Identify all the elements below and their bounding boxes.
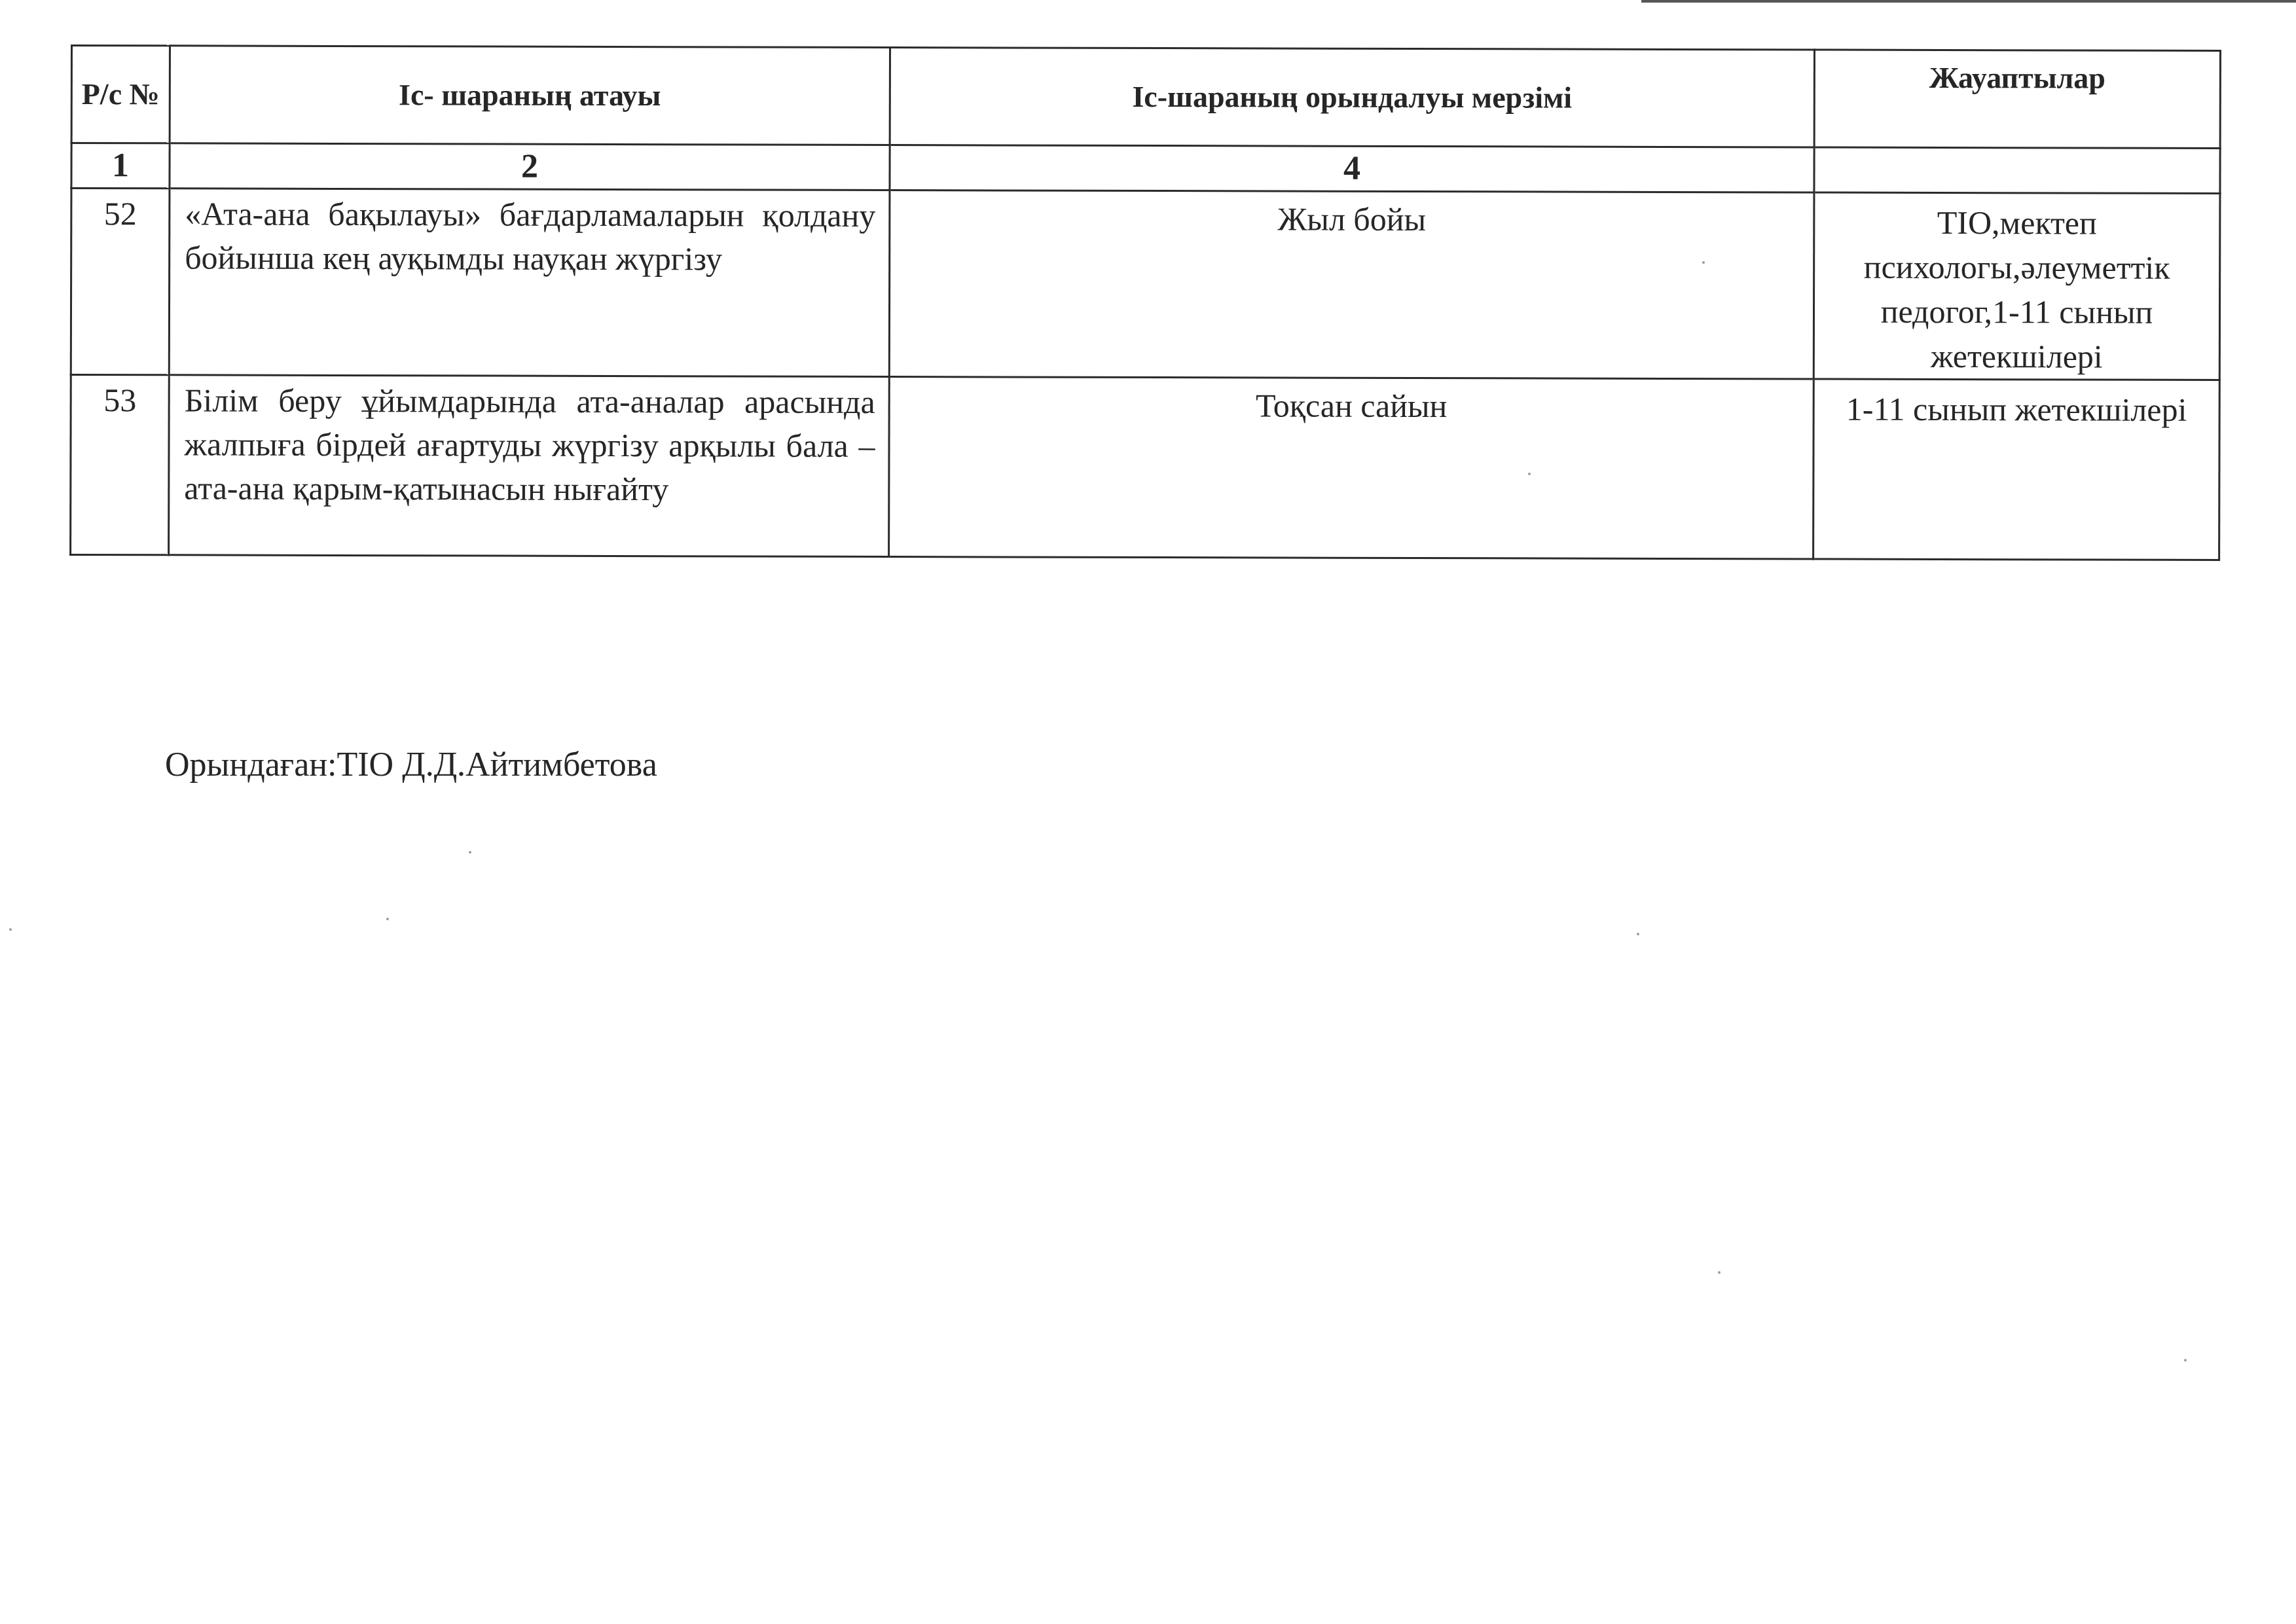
scan-speck [469,851,471,854]
scan-speck [2184,1359,2187,1362]
column-number-2: 2 [170,143,890,190]
scan-speck [1528,473,1531,475]
header-activity-name: Іс- шараның атауы [170,46,890,145]
column-number-1: 1 [71,143,170,189]
row-number: 53 [71,375,170,555]
column-number-4 [1814,147,2220,194]
scan-speck [1637,933,1639,935]
table-row: 53 Білім беру ұйымдарында ата-аналар ара… [71,375,2220,560]
column-number-row: 1 2 4 [71,143,2220,194]
responsible-persons: ТІО,мектеп психологы,әлеуметтік педогог,… [1813,192,2220,380]
scan-edge-artifact [1641,0,2296,3]
header-responsible-label: Жауаптылар [1929,61,2105,95]
scan-speck [1702,261,1705,264]
activity-plan-table: Р/с № Іс- шараның атауы Іс-шараның орынд… [69,45,2221,561]
execution-term: Жыл бойы [889,190,1814,379]
scan-speck [386,918,389,920]
header-row-number: Р/с № [71,46,170,143]
scan-speck [9,928,12,931]
execution-term: Тоқсан сайын [889,377,1814,559]
table-row: 52 «Ата-ана бақылауы» бағдарламаларын қо… [71,189,2220,380]
header-responsible: Жауаптылар [1814,50,2220,149]
row-number: 52 [71,189,170,375]
header-row-number-label: Р/с № [82,77,160,111]
table-header-row: Р/с № Іс- шараның атауы Іс-шараның орынд… [71,46,2220,149]
header-execution-term-label: Іс-шараның орындалуы мерзімі [1132,80,1572,115]
activity-name: Білім беру ұйымдарында ата-аналар арасын… [169,375,890,557]
header-activity-name-label: Іс- шараның атауы [399,78,661,112]
header-execution-term: Іс-шараның орындалуы мерзімі [890,48,1814,147]
column-number-3: 4 [890,145,1814,192]
scanned-document-page: Р/с № Іс- шараның атауы Іс-шараның орынд… [0,0,2296,1624]
activity-name: «Ата-ана бақылауы» бағдарламаларын қолда… [169,189,890,377]
responsible-persons: 1-11 сынып жетекшілері [1813,379,2220,560]
signature-line: Орындаған:ТІО Д.Д.Айтимбетова [165,744,657,786]
scan-speck [1718,1271,1721,1274]
